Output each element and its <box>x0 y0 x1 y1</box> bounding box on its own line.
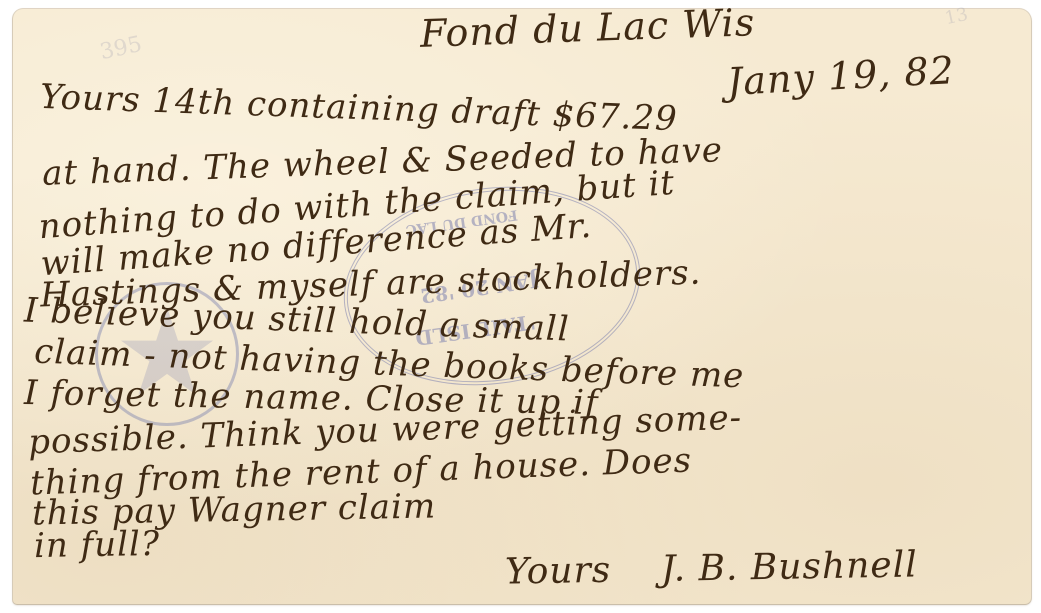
letter-line: in full? <box>34 524 161 566</box>
signature-name: J. B. Bushnell <box>661 544 918 589</box>
closing-word: Yours <box>505 550 612 593</box>
signature: Yours J. B. Bushnell <box>505 544 918 592</box>
